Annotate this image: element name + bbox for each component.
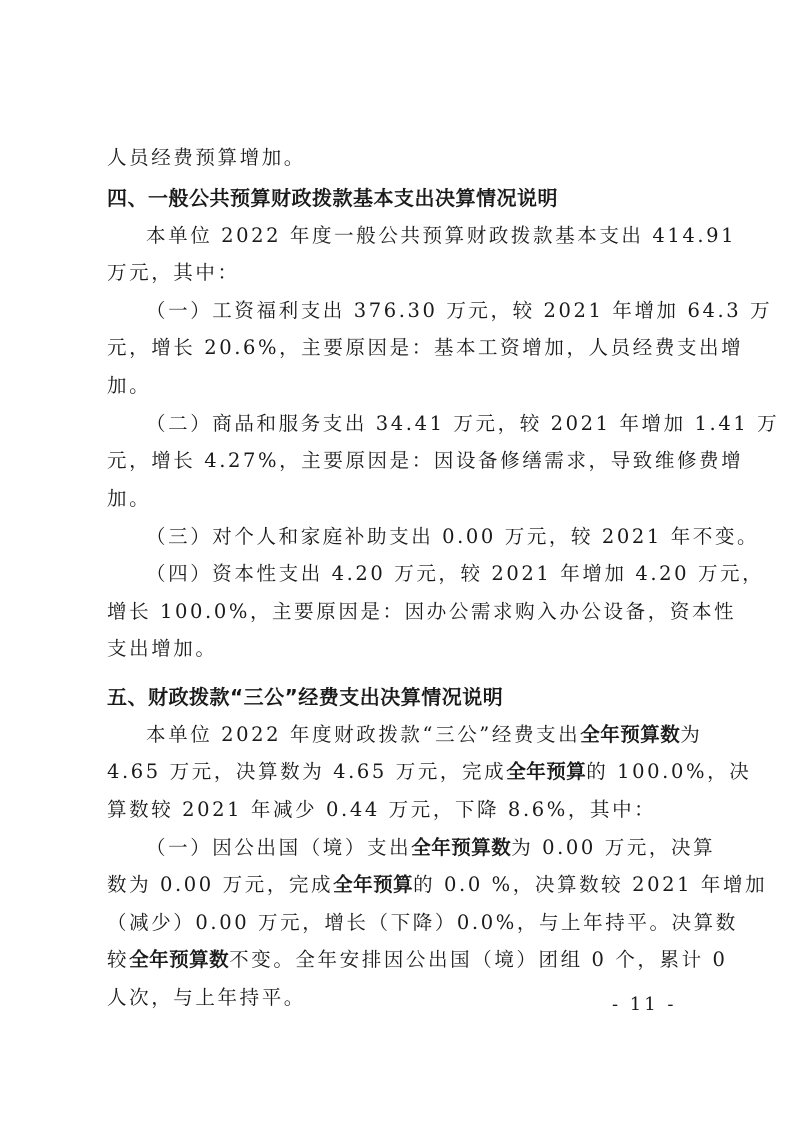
paragraph-line: 数为 0.00 万元，完成全年预算的 0.0 %，决算数较 2021 年增加 [107, 873, 767, 897]
paragraph-line: 加。 [107, 374, 151, 398]
text-run: 为 0.00 万元，决算 [511, 836, 715, 859]
paragraph-line: （四）资本性支出 4.20 万元，较 2021 年增加 4.20 万元， [146, 562, 764, 586]
paragraph-line: 增长 100.0%，主要原因是：因办公需求购入办公设备，资本性 [107, 600, 736, 624]
paragraph-line: （三）对个人和家庭补助支出 0.00 万元，较 2021 年不变。 [146, 525, 759, 549]
paragraph-line: （一）因公出国（境）支出全年预算数为 0.00 万元，决算 [146, 836, 715, 860]
paragraph-line: （减少）0.00 万元，增长（下降）0.0%，与上年持平。决算数 [107, 911, 738, 935]
text-run: 的 100.0%，决 [586, 760, 751, 783]
text-run: 较 [107, 948, 129, 971]
text-run: 不变。全年安排因公出国（境）团组 0 个，累计 0 [229, 948, 727, 971]
section-heading: 四、一般公共预算财政拨款基本支出决算情况说明 [107, 186, 558, 210]
paragraph-line: 元，增长 20.6%，主要原因是：基本工资增加，人员经费支出增 [107, 336, 743, 360]
bold-term: 全年预算 [333, 873, 413, 896]
text-run: （一）因公出国（境）支出 [146, 836, 411, 859]
bold-term: 全年预算数 [411, 836, 511, 859]
text-run: 为 [680, 723, 702, 746]
bold-term: 全年预算 [506, 760, 586, 783]
paragraph-line: （一）工资福利支出 376.30 万元，较 2021 年增加 64.3 万 [146, 299, 772, 323]
paragraph-line: 人员经费预算增加。 [107, 146, 306, 170]
paragraph-line: 人次，与上年持平。 [107, 986, 306, 1010]
text-run: 的 0.0 %，决算数较 2021 年增加 [413, 873, 767, 896]
bold-term: 全年预算数 [580, 723, 680, 746]
paragraph-line: 本单位 2022 年度一般公共预算财政拨款基本支出 414.91 [146, 224, 736, 248]
text-run: 本单位 2022 年度财政拨款“三公”经费支出 [146, 723, 580, 746]
paragraph-line: 万元，其中： [107, 261, 240, 285]
paragraph-line: 支出增加。 [107, 637, 218, 661]
paragraph-line: （二）商品和服务支出 34.41 万元，较 2021 年增加 1.41 万 [146, 412, 779, 436]
paragraph-line: 本单位 2022 年度财政拨款“三公”经费支出全年预算数为 [146, 723, 702, 747]
text-run: 数为 0.00 万元，完成 [107, 873, 333, 896]
paragraph-line: 4.65 万元，决算数为 4.65 万元，完成全年预算的 100.0%，决 [107, 760, 751, 784]
paragraph-line: 元，增长 4.27%，主要原因是：因设备修缮需求，导致维修费增 [107, 449, 743, 473]
section-heading: 五、财政拨款“三公”经费支出决算情况说明 [107, 685, 503, 709]
bold-term: 全年预算数 [129, 948, 229, 971]
paragraph-line: 较全年预算数不变。全年安排因公出国（境）团组 0 个，累计 0 [107, 948, 728, 972]
page-number: - 11 - [612, 994, 677, 1015]
paragraph-line: 加。 [107, 487, 151, 511]
text-run: 4.65 万元，决算数为 4.65 万元，完成 [107, 760, 506, 783]
paragraph-line: 算数较 2021 年减少 0.44 万元，下降 8.6%，其中： [107, 798, 656, 822]
